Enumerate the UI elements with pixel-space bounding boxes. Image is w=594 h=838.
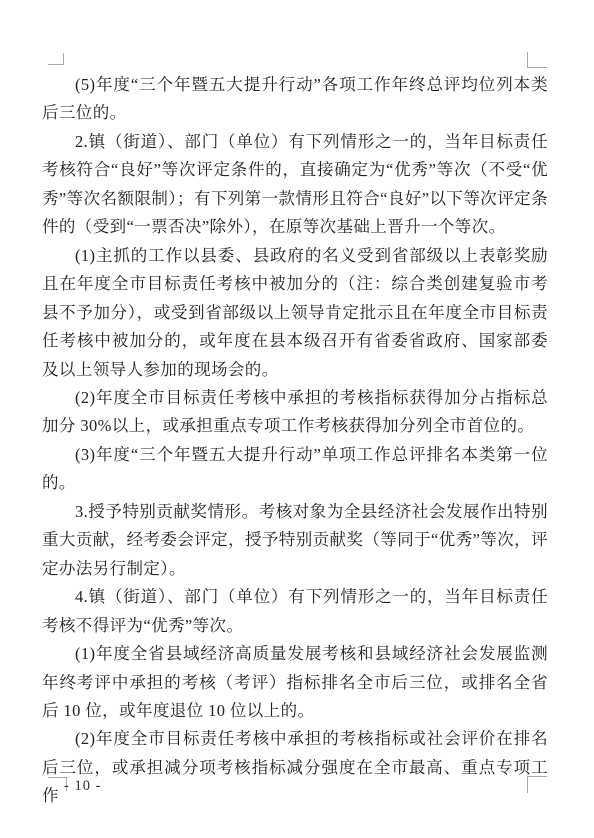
paragraph: (1)主抓的工作以县委、县政府的名义受到省部级以上表彰奖励且在年度全市目标责任考… <box>42 242 548 384</box>
page-number: - 10 - <box>64 778 101 795</box>
paragraph: 2.镇（街道）、部门（单位）有下列情形之一的，当年目标责任考核符合“良好”等次评… <box>42 128 548 242</box>
paragraph: (2)年度全市目标责任考核中承担的考核指标获得加分占指标总加分 30%以上，或承… <box>42 384 548 441</box>
text-boundary-mark-top-left <box>48 53 64 65</box>
paragraph: (2)年度全市目标责任考核中承担的考核指标或社会评价在排名后三位，或承担减分项考… <box>42 725 548 810</box>
text-boundary-mark-top-right <box>527 52 547 68</box>
paragraph: 3.授予特别贡献奖情形。考核对象为全县经济社会发展作出特别重大贡献，经考委会评定… <box>42 498 548 583</box>
paragraph: 4.镇（街道）、部门（单位）有下列情形之一的，当年目标责任考核不得评为“优秀”等… <box>42 583 548 640</box>
paragraph: (1)年度全省县域经济高质量发展考核和县域经济社会发展监测年终考评中承担的考核（… <box>42 640 548 725</box>
paragraph: (3)年度“三个年暨五大提升行动”单项工作总评排名本类第一位的。 <box>42 441 548 498</box>
document-body: (5)年度“三个年暨五大提升行动”各项工作年终总评均位列本类后三位的。2.镇（街… <box>42 71 548 811</box>
paragraph: (5)年度“三个年暨五大提升行动”各项工作年终总评均位列本类后三位的。 <box>42 71 548 128</box>
document-page: (5)年度“三个年暨五大提升行动”各项工作年终总评均位列本类后三位的。2.镇（街… <box>0 0 594 838</box>
